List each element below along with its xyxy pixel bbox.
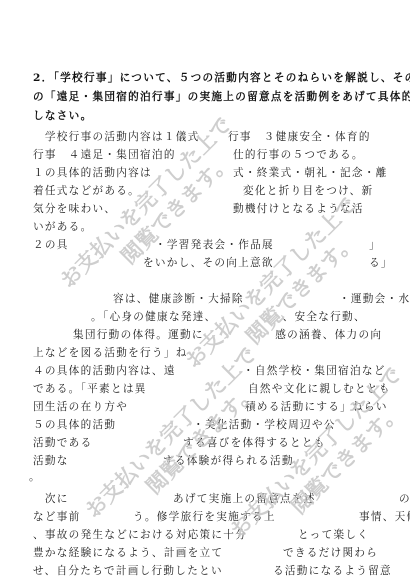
body-line-19-left: 活動な xyxy=(33,454,69,468)
question-line-3: しなさい。 xyxy=(33,109,373,123)
body-line-4-left: 着任式などがある。 xyxy=(33,184,140,198)
body-line-13-left: 上などを図る活動を行う」ね xyxy=(33,346,188,360)
question-line-1: 2．「学校行事」について、５つの活動内容とそのねらいを解説し、そのうち xyxy=(33,71,373,85)
body-line-15-left: である。「平素とは異 xyxy=(33,382,147,396)
body-line-23-right: とって楽しく xyxy=(298,528,369,542)
body-line-1-left: 学校行事の活動内容は１儀式 xyxy=(33,130,200,144)
body-line-3-left: １の具体的活動内容は xyxy=(33,166,152,180)
document-page: 2．「学校行事」について、５つの活動内容とそのねらいを解説し、そのうち の「遠足… xyxy=(0,0,410,580)
body-line-24-right: できるだけ関わら xyxy=(283,546,378,560)
watermark-2-line1: お支払いを完了した上で xyxy=(181,192,361,372)
body-line-20-left: 。 xyxy=(29,470,41,484)
body-line-25-left: せ、自分たちで計画し行動したとい xyxy=(33,564,223,578)
body-line-5-left: 気分を味わい、 xyxy=(33,202,116,216)
body-line-23-left: 、事故の発生などにおける対応策に十分 xyxy=(33,528,247,542)
body-line-21-left: 次に xyxy=(33,492,69,506)
body-line-7-left: ２の具 xyxy=(33,238,69,252)
body-line-16-left: 団生活の在り方や xyxy=(33,400,128,414)
question-line-2: の「遠足・集団宿的泊行事」の実施上の留意点を活動例をあげて具体的に説明 xyxy=(33,90,373,104)
body-line-24-left: 豊かな経験になるよう、計画を立て xyxy=(33,546,223,560)
body-line-25-right: る活動になるよう留意 xyxy=(273,564,392,578)
body-line-6-left: いがある。 xyxy=(33,220,92,234)
body-line-3-right: 式・終業式・朝礼・記念・離 xyxy=(233,166,388,180)
body-line-18-left: 活動である xyxy=(33,436,92,450)
body-line-4-right: 変化と折り目をつけ、新 xyxy=(243,184,373,198)
body-line-17-left: ５の具体的活動 xyxy=(33,418,116,432)
body-line-22-left: など事前 xyxy=(33,510,81,524)
body-line-2-left: 行事 ４遠足・集団宿泊的 xyxy=(33,148,176,162)
body-line-14-left: ４の具体的活動内容は、遠 xyxy=(33,364,176,378)
